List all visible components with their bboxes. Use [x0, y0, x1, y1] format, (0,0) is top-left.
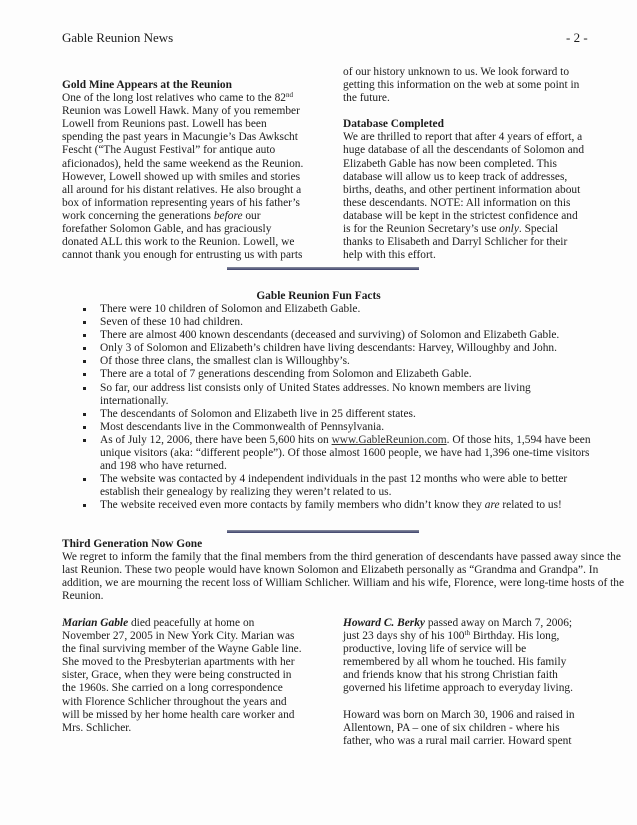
section-divider [227, 267, 419, 270]
list-item: Only 3 of Solomon and Elizabeth’s childr… [80, 342, 600, 355]
list-item: The descendants of Solomon and Elizabeth… [80, 408, 600, 421]
page-number: - 2 - [566, 30, 588, 46]
newsletter-title: Gable Reunion News [62, 30, 173, 46]
list-item: The website received even more contacts … [80, 499, 600, 512]
gold-mine-article: Gold Mine Appears at the Reunion One of … [62, 79, 330, 262]
howard-berky-obituary: Howard C. Berky passed away on March 7, … [343, 617, 628, 748]
list-item: There are a total of 7 generations desce… [80, 368, 600, 381]
fun-facts-list: There were 10 children of Solomon and El… [80, 303, 600, 513]
section-divider [227, 530, 419, 533]
fun-facts-title: Gable Reunion Fun Facts [0, 290, 637, 302]
database-heading: Database Completed [343, 118, 628, 131]
marian-gable-obituary: Marian Gable died peacefully at home on … [62, 617, 334, 735]
list-item: As of July 12, 2006, there have been 5,6… [80, 434, 600, 473]
list-item: Of those three clans, the smallest clan … [80, 355, 600, 368]
website-link[interactable]: www.GableReunion.com [332, 434, 447, 446]
third-generation-article: Third Generation Now Gone We regret to i… [62, 538, 632, 603]
list-item: The website was contacted by 4 independe… [80, 473, 600, 499]
list-item: There are almost 400 known descendants (… [80, 329, 600, 342]
list-item: Most descendants live in the Commonwealt… [80, 421, 600, 434]
third-generation-heading: Third Generation Now Gone [62, 538, 632, 551]
list-item: There were 10 children of Solomon and El… [80, 303, 600, 316]
right-column-top: of our history unknown to us. We look fo… [343, 66, 628, 262]
list-item: So far, our address list consists only o… [80, 382, 600, 408]
list-item: Seven of these 10 had children. [80, 316, 600, 329]
